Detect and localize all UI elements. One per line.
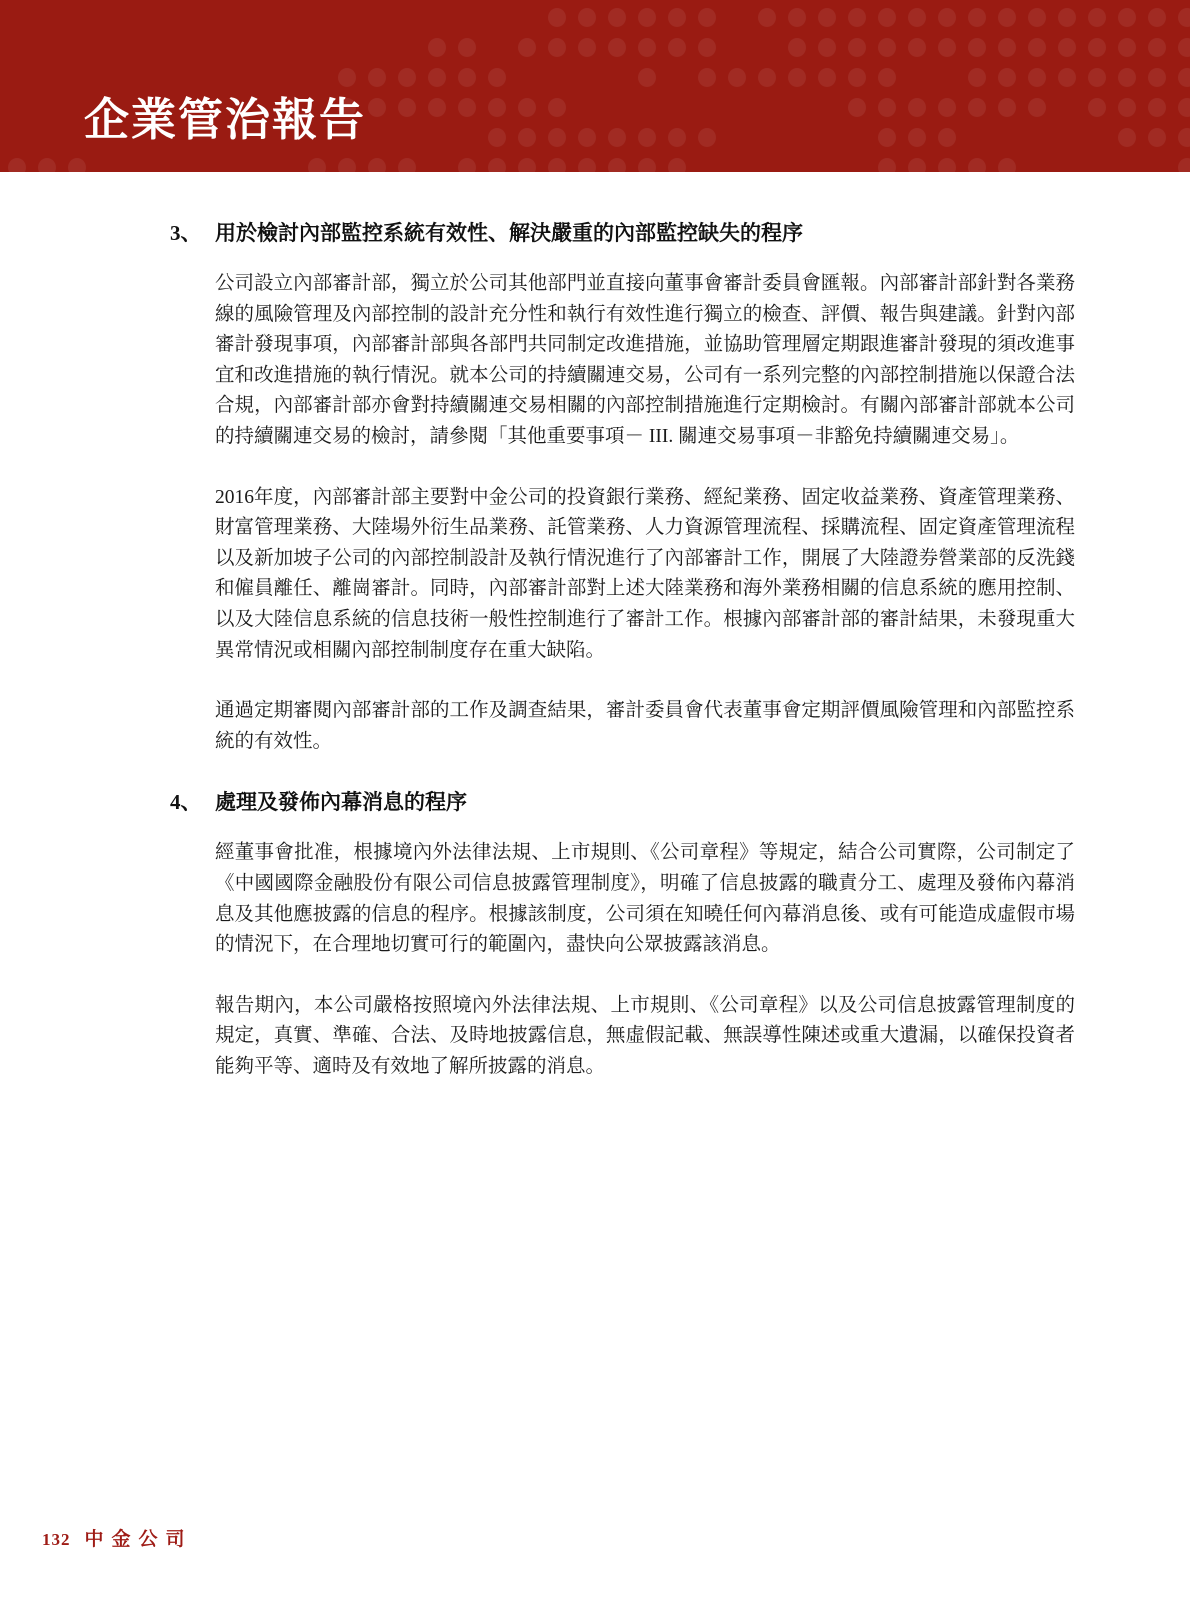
paragraph: 2016年度，內部審計部主要對中金公司的投資銀行業務、經紀業務、固定收益業務、資…: [215, 483, 1075, 667]
section-number: 4、: [170, 787, 215, 817]
page-content: 3、 用於檢討內部監控系統有效性、解決嚴重的內部監控缺失的程序 公司設立內部審計…: [0, 172, 1190, 1082]
section-heading: 4、 處理及發佈內幕消息的程序: [170, 787, 1075, 817]
section-internal-control-review: 3、 用於檢討內部監控系統有效性、解決嚴重的內部監控缺失的程序 公司設立內部審計…: [170, 218, 1075, 757]
section-title: 用於檢討內部監控系統有效性、解決嚴重的內部監控缺失的程序: [215, 218, 803, 248]
section-heading: 3、 用於檢討內部監控系統有效性、解決嚴重的內部監控缺失的程序: [170, 218, 1075, 248]
paragraph: 經董事會批准，根據境內外法律法規、上市規則、《公司章程》等規定，結合公司實際，公…: [215, 838, 1075, 960]
paragraph: 報告期內，本公司嚴格按照境內外法律法規、上市規則、《公司章程》以及公司信息披露管…: [215, 991, 1075, 1083]
section-body: 經董事會批准，根據境內外法律法規、上市規則、《公司章程》等規定，結合公司實際，公…: [215, 838, 1075, 1082]
paragraph: 公司設立內部審計部，獨立於公司其他部門並直接向董事會審計委員會匯報。內部審計部針…: [215, 269, 1075, 453]
report-header-band: 企業管治報告: [0, 0, 1190, 172]
section-title: 處理及發佈內幕消息的程序: [215, 787, 467, 817]
page-footer: 132中金公司: [42, 1524, 193, 1551]
section-number: 3、: [170, 218, 215, 248]
page-title: 企業管治報告: [84, 98, 366, 143]
section-body: 公司設立內部審計部，獨立於公司其他部門並直接向董事會審計委員會匯報。內部審計部針…: [215, 269, 1075, 757]
section-inside-information: 4、 處理及發佈內幕消息的程序 經董事會批准，根據境內外法律法規、上市規則、《公…: [170, 787, 1075, 1082]
page-number: 132: [42, 1530, 71, 1549]
company-name: 中金公司: [85, 1529, 193, 1550]
paragraph: 通過定期審閱內部審計部的工作及調查結果，審計委員會代表董事會定期評價風險管理和內…: [215, 696, 1075, 757]
